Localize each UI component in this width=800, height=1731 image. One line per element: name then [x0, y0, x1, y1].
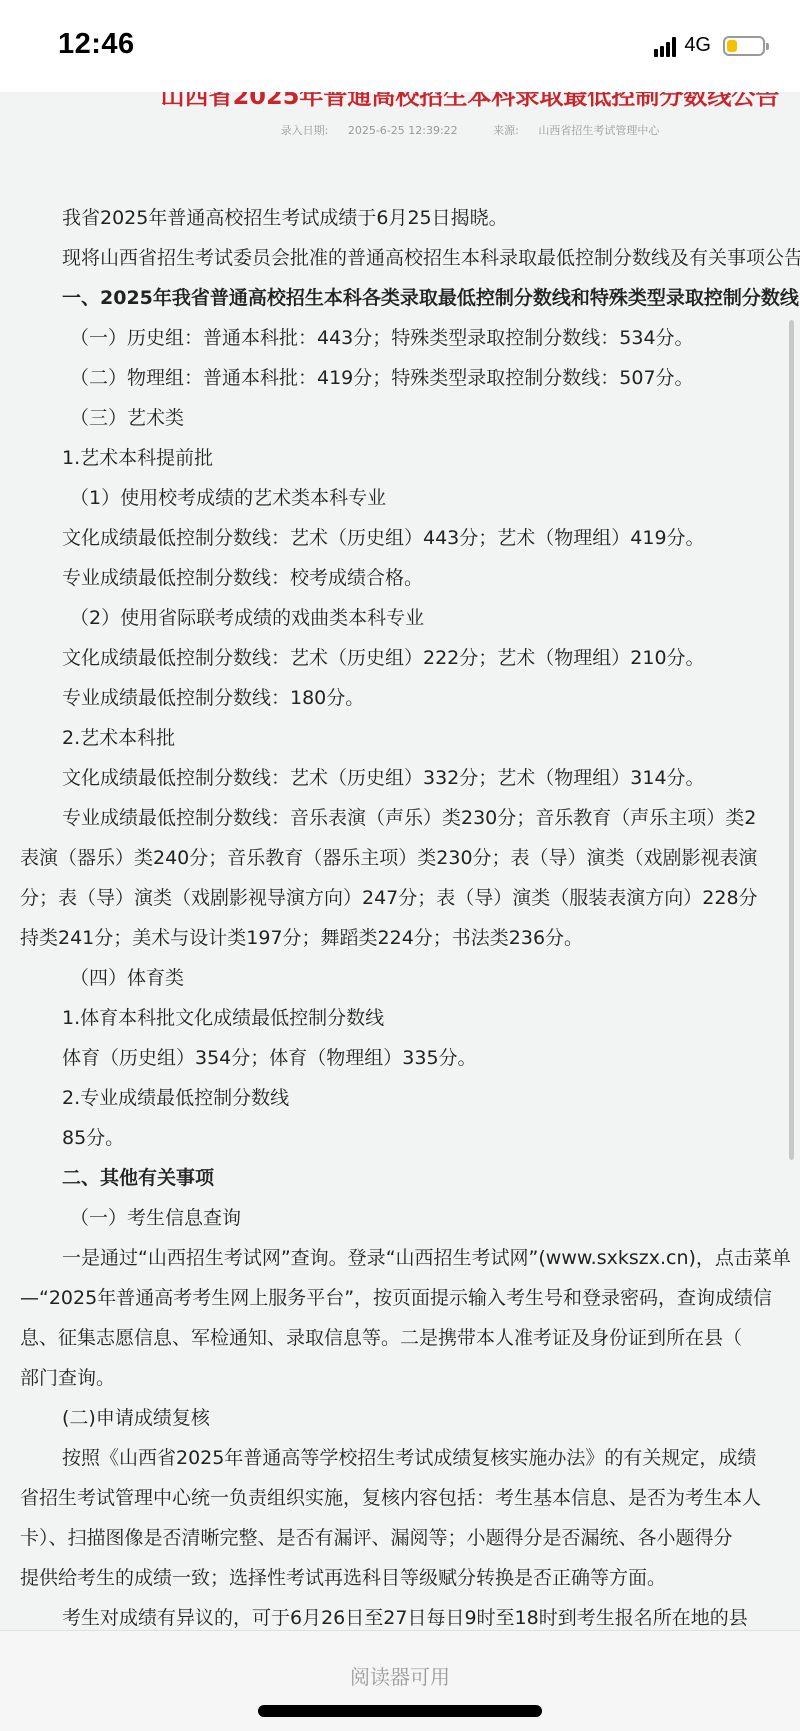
paragraph: （二）物理组：普通本科批：419分；特殊类型录取控制分数线：507分。 [20, 358, 800, 398]
paragraph-continuation: 分；表（导）演类（戏剧影视导演方向）247分；表（导）演类（服装表演方向）228… [20, 878, 800, 918]
paragraph: 体育（历史组）354分；体育（物理组）335分。 [20, 1038, 800, 1078]
paragraph-continuation: 提供给考生的成绩一致；选择性考试再选科目等级赋分转换是否正确等方面。 [20, 1558, 800, 1598]
paragraph: 文化成绩最低控制分数线：艺术（历史组）443分；艺术（物理组）419分。 [20, 518, 800, 558]
paragraph-continuation: 持类241分；美术与设计类197分；舞蹈类224分；书法类236分。 [20, 918, 800, 958]
paragraph: 文化成绩最低控制分数线：艺术（历史组）332分；艺术（物理组）314分。 [20, 758, 800, 798]
paragraph: （2）使用省际联考成绩的戏曲类本科专业 [20, 598, 800, 638]
paragraph-continuation: 息、征集志愿信息、军检通知、录取信息等。二是携带本人准考证及身份证到所在县（ [20, 1318, 800, 1358]
paragraph: 2.艺术本科批 [20, 718, 800, 758]
article-body: 我省2025年普通高校招生考试成绩于6月25日揭晓。 现将山西省招生考试委员会批… [20, 198, 800, 1638]
subsection-heading: (二)申请成绩复核 [20, 1398, 800, 1438]
paragraph: （一）历史组：普通本科批：443分；特殊类型录取控制分数线：534分。 [20, 318, 800, 358]
paragraph: 1.体育本科批文化成绩最低控制分数线 [20, 998, 800, 1038]
source-label: 来源: [493, 124, 519, 137]
battery-level [727, 40, 737, 52]
article-page: 山西省2025年普通高校招生本科录取最低控制分数线公告 录入日期: 2025-6… [0, 0, 800, 1731]
article-meta: 录入日期: 2025-6-25 12:39:22 来源: 山西省招生考试管理中心 [0, 122, 800, 138]
paragraph: 文化成绩最低控制分数线：艺术（历史组）222分；艺术（物理组）210分。 [20, 638, 800, 678]
paragraph: 85分。 [20, 1118, 800, 1158]
browser-bottom-bar: 阅读器可用 [0, 1630, 800, 1731]
clock: 12:46 [58, 28, 135, 61]
paragraph: 专业成绩最低控制分数线：校考成绩合格。 [20, 558, 800, 598]
paragraph: 我省2025年普通高校招生考试成绩于6月25日揭晓。 [20, 198, 800, 238]
paragraph: 2.专业成绩最低控制分数线 [20, 1078, 800, 1118]
entry-date-value: 2025-6-25 12:39:22 [348, 124, 458, 137]
source-value: 山西省招生考试管理中心 [538, 124, 659, 137]
paragraph: 按照《山西省2025年普通高等学校招生考试成绩复核实施办法》的有关规定，成绩 [20, 1438, 800, 1478]
paragraph-continuation: 省招生考试管理中心统一负责组织实施，复核内容包括：考生基本信息、是否为考生本人 [20, 1478, 800, 1518]
entry-date: 录入日期: 2025-6-25 12:39:22 [273, 124, 466, 137]
paragraph-continuation: 卡）、扫描图像是否清晰完整、是否有漏评、漏阅等；小题得分是否漏统、各小题得分 [20, 1518, 800, 1558]
status-indicators: 4G [654, 34, 765, 57]
section-heading: 一、2025年我省普通高校招生本科各类录取最低控制分数线和特殊类型录取控制分数线 [20, 278, 800, 318]
paragraph: 现将山西省招生考试委员会批准的普通高校招生本科录取最低控制分数线及有关事项公告如… [20, 238, 800, 278]
subsection-heading: （四）体育类 [20, 958, 800, 998]
paragraph: 一是通过“山西招生考试网”查询。登录“山西招生考试网”(www.sxkszx.c… [20, 1238, 800, 1278]
subsection-heading: （一）考生信息查询 [20, 1198, 800, 1238]
paragraph-continuation: 表演（器乐）类240分；音乐教育（器乐主项）类230分；表（导）演类（戏剧影视表… [20, 838, 800, 878]
paragraph: （1）使用校考成绩的艺术类本科专业 [20, 478, 800, 518]
status-bar: 12:46 4G [0, 0, 800, 92]
reader-available-button[interactable]: 阅读器可用 [0, 1661, 800, 1690]
paragraph: 专业成绩最低控制分数线：180分。 [20, 678, 800, 718]
paragraph: 1.艺术本科提前批 [20, 438, 800, 478]
battery-icon [723, 36, 765, 56]
entry-date-label: 录入日期: [281, 124, 329, 137]
section-heading: 二、其他有关事项 [20, 1158, 800, 1198]
signal-icon [654, 35, 676, 57]
paragraph-continuation: —“2025年普通高考考生网上服务平台”，按页面提示输入考生号和登录密码，查询成… [20, 1278, 800, 1318]
network-type: 4G [684, 34, 711, 57]
paragraph-continuation: 部门查询。 [20, 1358, 800, 1398]
vertical-scrollbar[interactable] [789, 320, 794, 1160]
subsection-heading: （三）艺术类 [20, 398, 800, 438]
home-indicator[interactable] [258, 1705, 542, 1717]
source: 来源: 山西省招生考试管理中心 [485, 124, 667, 137]
paragraph: 专业成绩最低控制分数线：音乐表演（声乐）类230分；音乐教育（声乐主项）类2 [20, 798, 800, 838]
